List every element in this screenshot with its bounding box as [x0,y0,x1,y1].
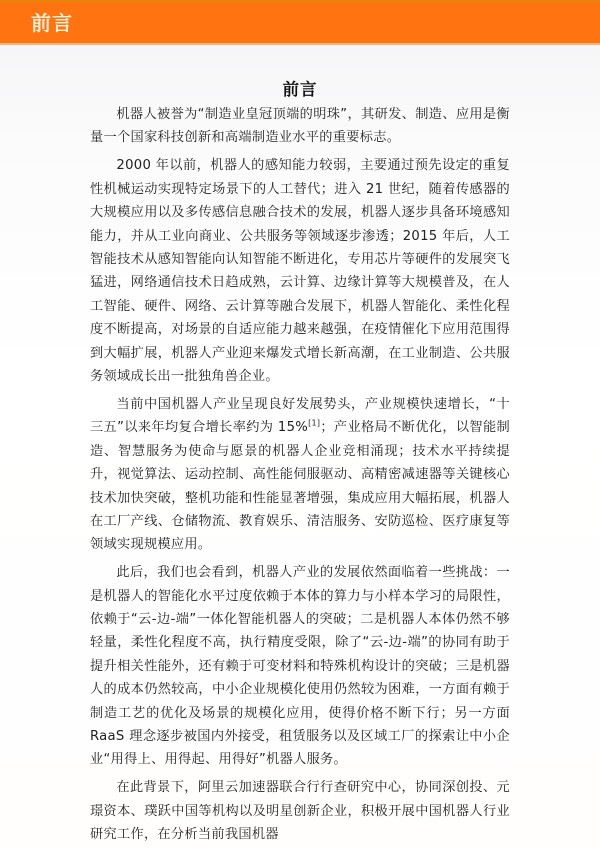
section-header-title: 前言 [31,10,73,36]
citation-link[interactable]: [1] [308,419,320,428]
document-body: 机器人被誉为“制造业皇冠顶端的明珠”，其研发、制造、应用是衡量一个国家科技创新和… [90,103,510,848]
document-page: 前言 机器人被誉为“制造业皇冠顶端的明珠”，其研发、制造、应用是衡量一个国家科技… [0,45,600,848]
paragraph-background: 在此背景下，阿里云加速器联合行行查研究中心，协同深创投、元璟资本、璞跃中国等机构… [90,776,510,846]
paragraph-text-after-citation: ；产业格局不断优化，以智能制造、智慧服务为使命与愿景的机器人企业竞相涌现；技术水… [90,420,510,552]
paragraph-history: 2000 年以前，机器人的感知能力较弱，主要通过预先设定的重复性机械运动实现特定… [90,154,510,388]
paragraph-challenges: 此后，我们也会看到，机器人产业的发展依然面临着一些挑战：一是机器人的智能化水平过… [90,561,510,772]
paragraph-intro: 机器人被誉为“制造业皇冠顶端的明珠”，其研发、制造、应用是衡量一个国家科技创新和… [90,103,510,150]
document-title: 前言 [0,79,600,101]
paragraph-current-status: 当前中国机器人产业呈现良好发展势头，产业规模快速增长，“十三五”以来年均复合增长… [90,393,510,557]
section-header-bar: 前言 [0,0,600,45]
